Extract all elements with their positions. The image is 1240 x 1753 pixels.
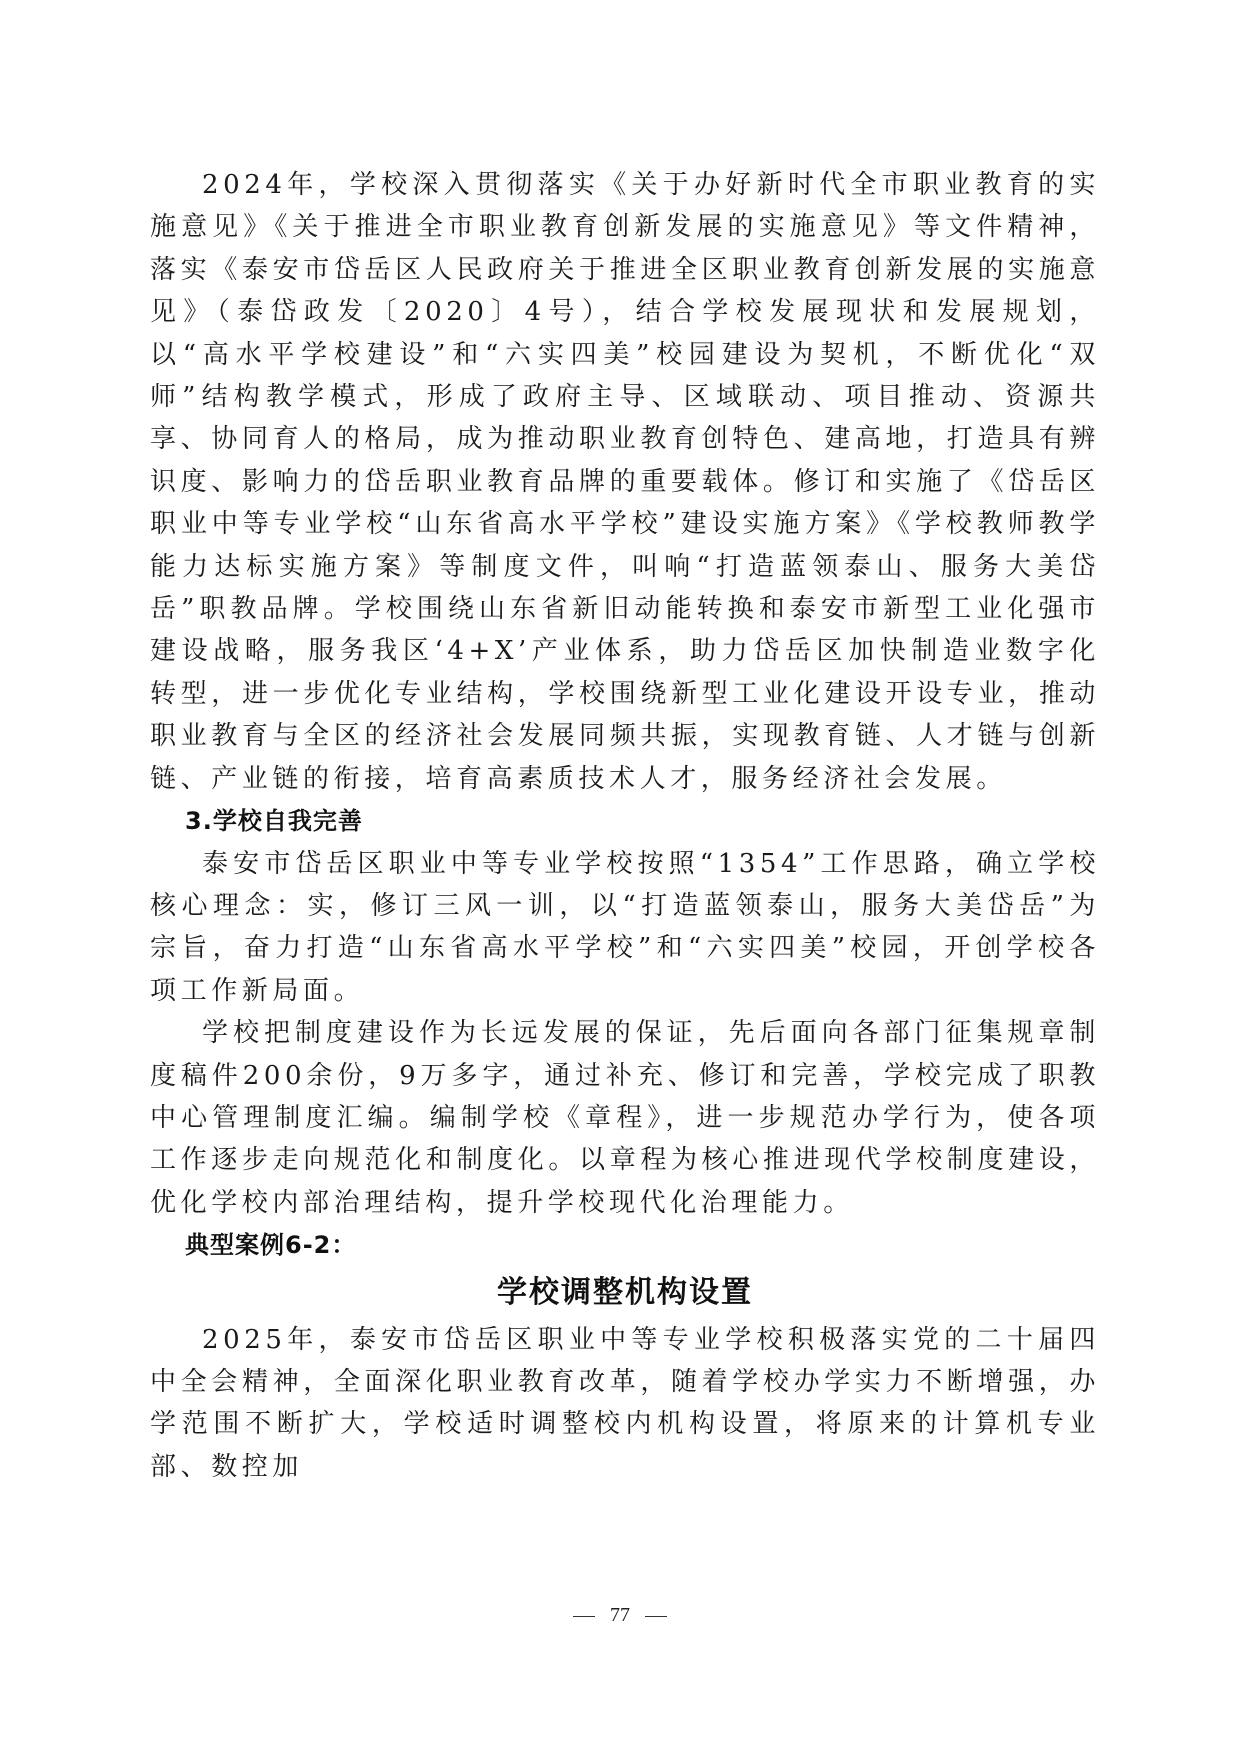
footer-dash-right (645, 1616, 667, 1617)
page-number: 77 (610, 1604, 630, 1626)
case-title: 学校调整机构设置 (150, 1267, 1100, 1319)
paragraph-case-body: 2025年，泰安市岱岳区职业中等专业学校积极落实党的二十届四中全会精神，全面深化… (150, 1319, 1100, 1489)
paragraph-policy-implementation: 2024年，学校深入贯彻落实《关于办好新时代全市职业教育的实施意见》《关于推进全… (150, 164, 1100, 800)
paragraph-core-philosophy: 泰安市岱岳区职业中等专业学校按照“1354”工作思路，确立学校核心理念：实，修订… (150, 843, 1100, 1013)
footer-dash-left (573, 1616, 595, 1617)
case-label: 典型案例6-2： (150, 1224, 1100, 1266)
document-page: 2024年，学校深入贯彻落实《关于办好新时代全市职业教育的实施意见》《关于推进全… (150, 164, 1100, 1488)
paragraph-institution-building: 学校把制度建设作为长远发展的保证，先后面向各部门征集规章制度稿件200余份，9万… (150, 1012, 1100, 1224)
page-footer: 77 (0, 1604, 1240, 1627)
section-heading-self-improvement: 3.学校自我完善 (150, 800, 1100, 842)
